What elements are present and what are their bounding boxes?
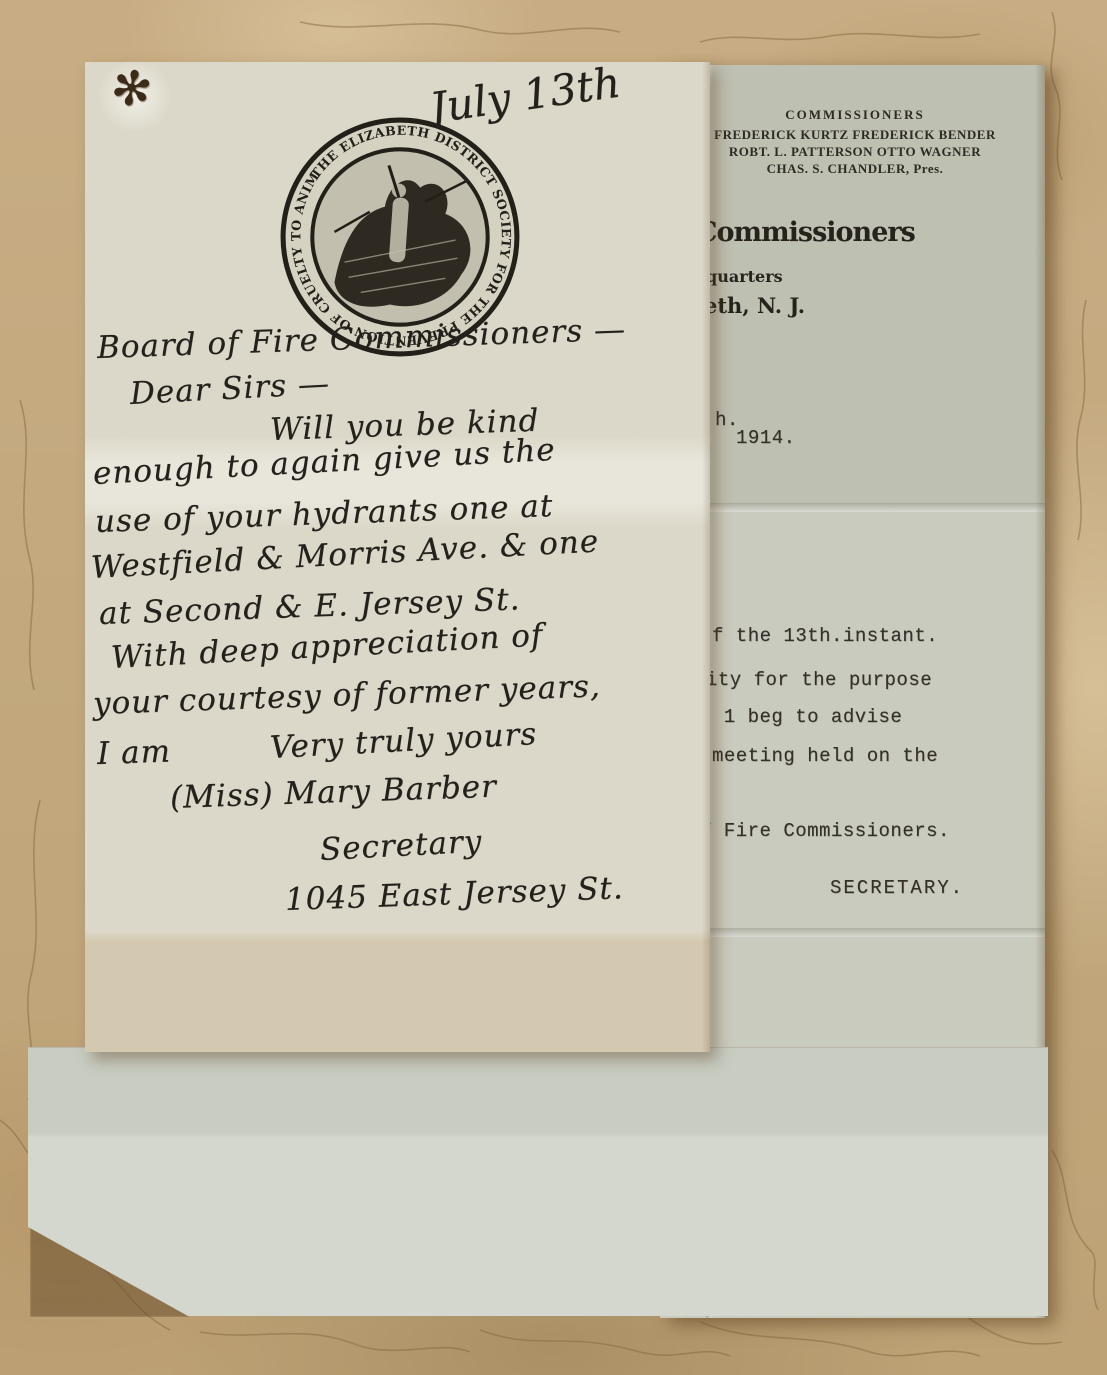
typed-secretary-line: SECRETARY. [830, 877, 964, 899]
letterhead-org-name: Commissioners [696, 217, 915, 248]
typed-body-line: ity for the purpose [706, 669, 932, 691]
typed-body-line: . 1 beg to advise [700, 706, 902, 728]
handwriting-line: Secretary [319, 824, 483, 868]
handwriting-line: Very truly yours [269, 716, 538, 766]
photo-of-letters: { "scene": { "surface": "marble-table", … [0, 0, 1107, 1375]
handwriting-line: Dear Sirs — [129, 366, 331, 412]
handwriting-signature: (Miss) Mary Barber [169, 769, 497, 816]
typed-letterhead: COMMISSIONERS FREDERICK KURTZ FREDERICK … [685, 107, 1025, 178]
commissioner-names-line: FREDERICK KURTZ FREDERICK BENDER [685, 127, 1025, 143]
handwriting-line: your courtesy of former years, [92, 668, 601, 722]
typed-body-line: meeting held on the [712, 745, 938, 767]
letterhead-headquarters: quarters [706, 267, 783, 286]
handwriting-line: I am [96, 733, 171, 772]
commissioner-names-line: CHAS. S. CHANDLER, Pres. [685, 161, 1025, 177]
typed-body-line: f Fire Commissioners. [700, 820, 950, 842]
horizontal-fold-crease-lower [660, 928, 1045, 937]
bottom-blank-sheet [28, 1047, 1048, 1316]
handwriting-address: 1045 East Jersey St. [284, 870, 624, 918]
commissioners-heading: COMMISSIONERS [685, 107, 1025, 123]
horizontal-fold-crease-upper [660, 503, 1045, 512]
handwritten-letter-sheet: ✻ July 13th THE ELIZABETH DISTRICT SOCIE… [85, 62, 710, 1052]
commissioner-names-line: ROBT. L. PATTERSON OTTO WAGNER [685, 144, 1025, 160]
typed-date-year: 1914. [736, 427, 796, 449]
typed-body-line: f the 13th.instant. [712, 625, 938, 647]
letterhead-city: eth, N. J. [704, 293, 805, 318]
